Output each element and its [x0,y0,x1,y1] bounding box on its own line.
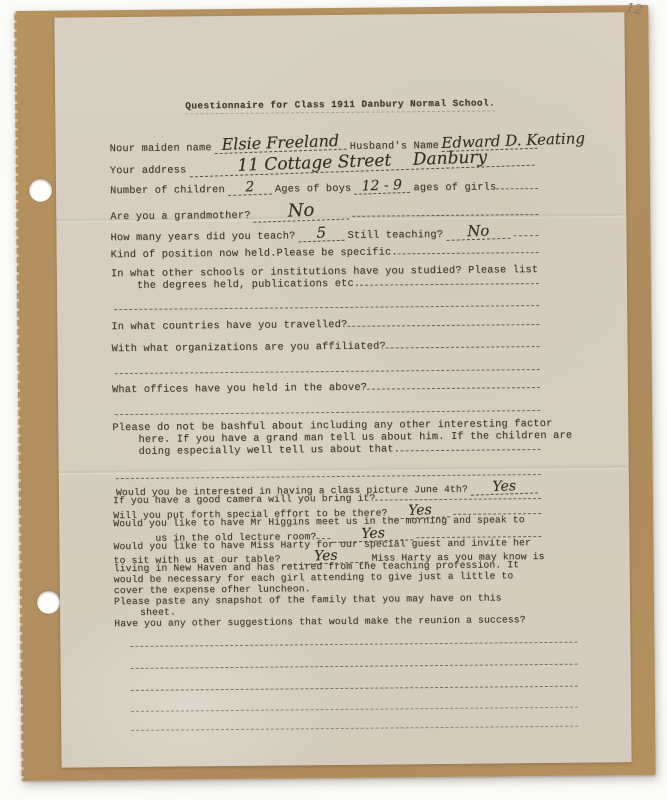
separator-line [115,410,540,415]
blank-writing-line [131,726,578,731]
blank-writing-line [131,664,578,669]
separator-line [116,474,541,479]
row-organizations: With what organizations are you affiliat… [112,340,540,356]
typed-text: Kind of position now held.Please be spec… [111,247,398,262]
typed-text: Number of children [110,185,225,198]
paper-crease [59,464,629,475]
answer-blank-line [386,343,540,348]
row-address: Your address11 Cottage Street Danbury [110,156,538,178]
scanned-questionnaire: Questionnaire for Class 1911 Danbury Nor… [0,0,667,800]
row-grandmother: Are you a grandmother?No [110,201,538,224]
answer-blank-line [513,232,538,236]
typed-text: sheet. [140,607,176,618]
album-board-backing: Questionnaire for Class 1911 Danbury Nor… [14,5,655,781]
typed-text: the degrees held, publications etc. [137,279,360,293]
answer-blank-line [353,211,539,217]
answer-blank-line [400,446,540,451]
separator-line [115,369,540,374]
typed-text: Nour maiden name [110,143,212,156]
answer-blank-line [375,495,541,501]
answer-blank-line [360,280,539,286]
corner-note: 12 [625,1,644,18]
document-title-text: Questionnaire for Class 1911 Danbury Nor… [185,98,495,114]
answer-blank-line [496,185,538,189]
punch-hole-bottom [37,591,60,614]
typed-text: Are you a grandmother? [110,211,250,224]
punch-hole-top [29,179,52,202]
row-offices: What offices have you held in the above? [112,381,540,397]
answer-blank-line [367,384,540,390]
row-children: Number of children2Ages of boys12 - 9age… [110,178,538,198]
typed-text: Your address [110,165,187,178]
blank-writing-line [130,642,577,647]
handwritten-answer: No [446,223,511,241]
handwritten-answer: No [253,201,350,223]
typed-text: In what countries have you travelled? [111,320,347,334]
typed-text: How many years did you teach? [110,231,295,245]
row-countries: In what countries have you travelled? [111,318,539,334]
answer-blank-line [347,321,539,327]
row-bashful-3: doing especially well tell us about that… [139,443,541,459]
paper: Questionnaire for Class 1911 Danbury Nor… [54,12,631,767]
separator-line [114,305,539,310]
row-years-taught: How many years did you teach?5Still teac… [110,224,538,245]
handwritten-answer: 12 - 9 [354,178,410,195]
typed-text: With what organizations are you affiliat… [112,342,386,356]
answer-blank-line [398,249,539,254]
typed-text: ages of girls [413,182,496,195]
handwritten-answer: 2 [227,180,271,196]
typed-text: doing especially well tell us about that… [139,444,401,458]
typed-text: Still teaching? [347,230,443,243]
document-title: Questionnaire for Class 1911 Danbury Nor… [185,98,537,114]
typed-text: Ages of boys [275,184,352,197]
blank-writing-line [131,686,578,691]
handwritten-answer: Elsie Freeland [214,133,347,154]
row-schools-2: the degrees held, publications etc. [137,277,539,293]
row-position: Kind of position now held.Please be spec… [111,246,539,262]
blank-writing-line [131,707,578,712]
typed-text: What offices have you held in the above? [112,383,367,397]
handwritten-answer: 5 [298,225,345,243]
